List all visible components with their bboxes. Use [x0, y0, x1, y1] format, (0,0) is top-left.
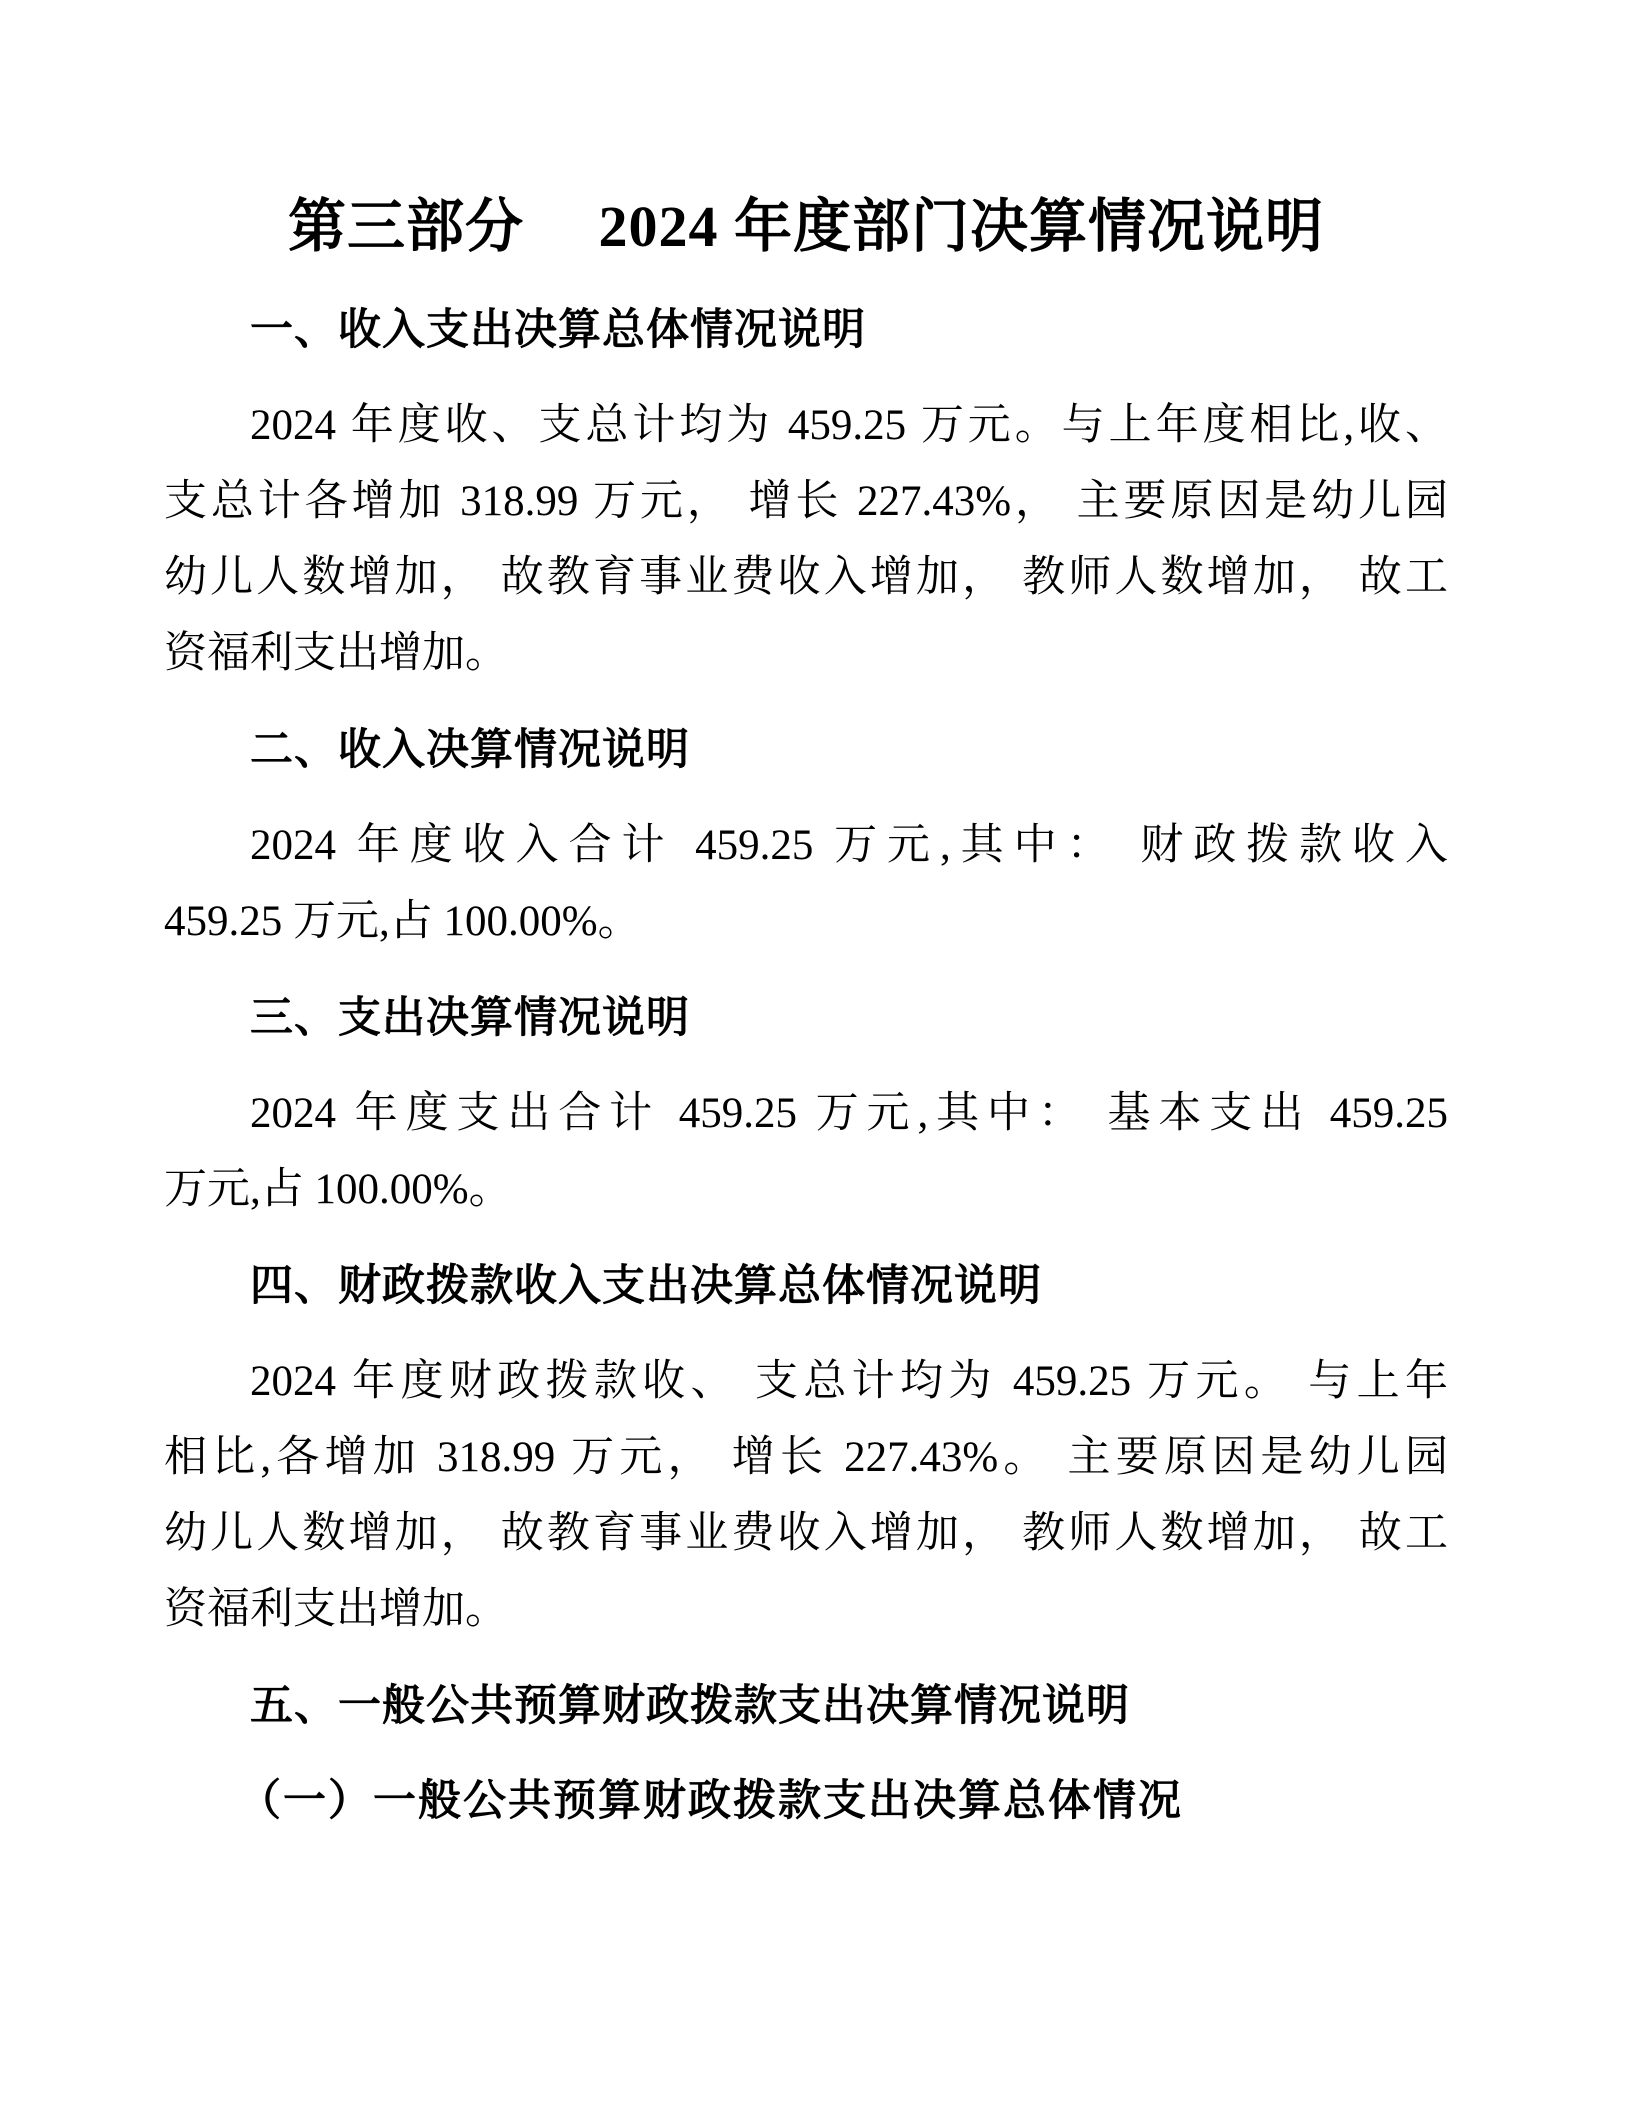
section-heading-1: 一、收入支出决算总体情况说明 — [164, 292, 1448, 368]
paragraph-line: 资福利支出增加。 — [164, 616, 1448, 692]
paragraph-line: 2024 年度收入合计 459.25 万元,其中： 财政拨款收入 — [164, 808, 1448, 884]
paragraph-line: 幼儿人数增加， 故教育事业费收入增加， 教师人数增加， 故工 — [164, 540, 1448, 616]
paragraph-line: 相比,各增加 318.99 万元， 增长 227.43%。 主要原因是幼儿园 — [164, 1420, 1448, 1496]
paragraph-line: 2024 年度收、支总计均为 459.25 万元。与上年度相比,收、 — [164, 388, 1448, 464]
section-heading-2: 二、收入决算情况说明 — [164, 712, 1448, 788]
paragraph-line: 支总计各增加 318.99 万元， 增长 227.43%， 主要原因是幼儿园 — [164, 464, 1448, 540]
section-2-paragraph: 2024 年度收入合计 459.25 万元,其中： 财政拨款收入 459.25 … — [164, 808, 1448, 960]
paragraph-line: 万元,占 100.00%。 — [164, 1152, 1448, 1228]
section-heading-4: 四、财政拨款收入支出决算总体情况说明 — [164, 1248, 1448, 1324]
paragraph-line: 幼儿人数增加， 故教育事业费收入增加， 教师人数增加， 故工 — [164, 1496, 1448, 1572]
paragraph-line: 2024 年度支出合计 459.25 万元,其中： 基本支出 459.25 — [164, 1076, 1448, 1152]
section-4-paragraph: 2024 年度财政拨款收、 支总计均为 459.25 万元。 与上年 相比,各增… — [164, 1344, 1448, 1648]
section-3-paragraph: 2024 年度支出合计 459.25 万元,其中： 基本支出 459.25 万元… — [164, 1076, 1448, 1228]
paragraph-line: 2024 年度财政拨款收、 支总计均为 459.25 万元。 与上年 — [164, 1344, 1448, 1420]
paragraph-line: 资福利支出增加。 — [164, 1572, 1448, 1648]
document-page: 第三部分 2024 年度部门决算情况说明 一、收入支出决算总体情况说明 2024… — [0, 0, 1632, 2112]
paragraph-line: 459.25 万元,占 100.00%。 — [164, 884, 1448, 960]
subsection-heading: （一）一般公共预算财政拨款支出决算总体情况 — [164, 1764, 1448, 1840]
document-title: 第三部分 2024 年度部门决算情况说明 — [164, 186, 1448, 268]
section-1-paragraph: 2024 年度收、支总计均为 459.25 万元。与上年度相比,收、 支总计各增… — [164, 388, 1448, 692]
section-heading-3: 三、支出决算情况说明 — [164, 980, 1448, 1056]
section-heading-5: 五、一般公共预算财政拨款支出决算情况说明 — [164, 1668, 1448, 1744]
